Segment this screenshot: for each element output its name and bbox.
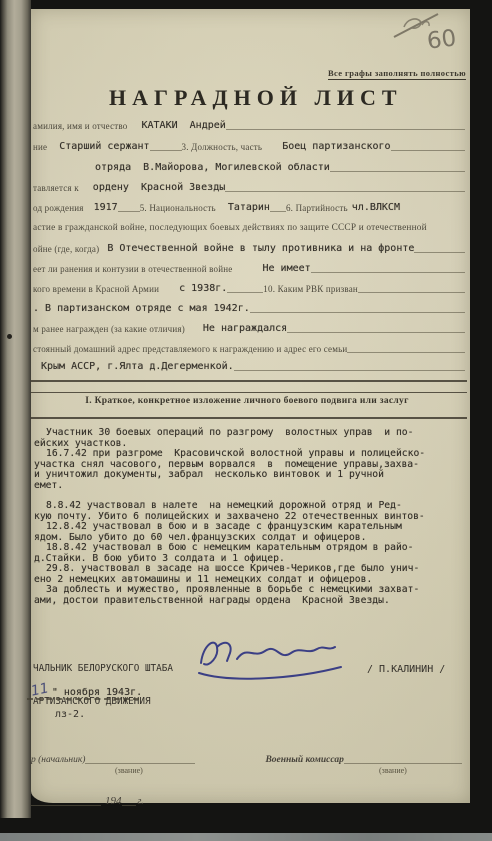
party-value: чл.ВЛКСМ <box>352 202 400 213</box>
form-row-war-participation: астие в гражданской войне, последующих б… <box>33 218 465 233</box>
position-value: Боец партизанского <box>282 141 390 152</box>
paper-speck <box>7 334 12 339</box>
unit-value: отряда В.Майорова, Могилевской области <box>95 162 330 173</box>
form-row-partisan-since: . В партизанском отряде с мая 1942г. <box>33 299 465 314</box>
body-line: 29.8. участвовал в засаде на шоссе Криче… <box>34 564 468 575</box>
army-since-value: с 1938г. <box>179 283 227 294</box>
wounds-label: еет ли ранения и контузии в отечественно… <box>33 264 232 274</box>
form-row-wounds: еет ли ранения и контузии в отечественно… <box>33 259 465 274</box>
body-line: 8.8.42 участвовал в налете на немецкий д… <box>34 501 468 512</box>
commissar-label: Военный комиссар <box>265 755 343 765</box>
body-line: 12.8.42 участвовал в бою и в засаде с фр… <box>34 522 468 533</box>
combat-record-text: Участник 30 боевых операций по разгрому … <box>34 428 468 606</box>
commander-label: р (начальник) <box>31 755 85 765</box>
previous-awards-value: Не награждался <box>203 323 287 334</box>
form-row-address-label: стоянный домашний адрес представляемого … <box>33 339 465 354</box>
war-participation-label: астие в гражданской войне, последующих б… <box>33 223 427 233</box>
field-line <box>311 272 465 273</box>
field-line <box>391 150 465 151</box>
field-line <box>31 805 101 806</box>
award-sheet-document: 60 Все графы заполнять полностью НАГРАДН… <box>31 9 470 803</box>
dashed-underline <box>27 698 139 700</box>
body-line: емет. <box>34 481 468 492</box>
birth-label: од рождения <box>33 203 84 213</box>
form-row-army-service: кого времени в Красной Армии с 1938г. 10… <box>33 279 465 294</box>
wounds-value: Не имеет <box>262 263 310 274</box>
form-row-birth-nationality-party: од рождения 1917 5. Национальность Татар… <box>33 198 465 213</box>
year-suffix: г. <box>138 796 144 807</box>
section1-heading: I. Краткое, конкретное изложение личного… <box>37 396 457 406</box>
field-line <box>414 252 465 253</box>
field-line <box>118 211 140 212</box>
date-text: " ноября 1943г. <box>52 687 142 698</box>
field-line <box>234 370 465 371</box>
ink-signature <box>191 627 361 687</box>
separator-line <box>31 417 467 419</box>
partisan-since-value: . В партизанском отряде с мая 1942г. <box>33 303 250 314</box>
nationality-value: Татарин <box>228 202 270 213</box>
document-title: НАГРАДНОЙ ЛИСТ <box>109 85 359 111</box>
document-code: лз-2. <box>55 709 85 720</box>
field-line <box>227 292 263 293</box>
army-since-label: кого времени в Красной Армии <box>33 284 159 294</box>
party-label: 6. Партийность <box>286 203 348 213</box>
form-row-war-where: ойне (где, когда) В Отечественной войне … <box>33 239 465 254</box>
previous-awards-label: м ранее награжден (за какие отличия) <box>33 324 185 334</box>
year-row: 194 г. <box>31 793 144 807</box>
scanner-edge-strip <box>0 833 492 841</box>
rank-hint-left: (звание) <box>115 766 143 775</box>
form-row-address-value: Крым АССР, г.Ялта д.Дегерменкой. <box>33 357 465 372</box>
body-line: ами, достои правительственной награды ор… <box>34 596 468 607</box>
body-line: 18.8.42 участвовал в бою с немецким кара… <box>34 543 468 554</box>
body-line: 16.7.42 при разгроме Красовичской волост… <box>34 449 468 460</box>
body-line: За доблесть и мужество, проявленные в бо… <box>34 585 468 596</box>
position-label: 3. Должность, часть <box>182 142 263 152</box>
field-line <box>287 332 465 333</box>
form-row-rank-position: ние Старший сержант 3. Должность, часть … <box>33 137 465 152</box>
field-line <box>122 805 136 806</box>
date-line: 11 " ноября 1943г. <box>31 683 142 698</box>
field-line <box>358 292 465 293</box>
book-gutter-edge <box>0 0 31 818</box>
rank-hint-right: (звание) <box>379 766 407 775</box>
handwritten-page-number: 60 <box>425 25 457 54</box>
nationality-label: 5. Национальность <box>140 203 216 213</box>
officer-title-line1: ЧАЛЬНИК БЕЛОРУСКОГО ШТАБА <box>33 663 173 674</box>
field-line <box>347 352 465 353</box>
form-row-previous-awards: м ранее награжден (за какие отличия) Не … <box>33 319 465 334</box>
field-line <box>344 763 462 764</box>
form-row-unit: отряда В.Майорова, Могилевской области <box>33 158 465 173</box>
handwritten-day: 11 <box>30 680 51 699</box>
year-prefix: 194 <box>105 795 122 807</box>
field-line <box>85 763 195 764</box>
field-line <box>225 191 465 192</box>
body-line: и уничтожил документы, забрал несколько … <box>34 470 468 481</box>
address-label: стоянный домашний адрес представляемого … <box>33 344 347 354</box>
address-value: Крым АССР, г.Ялта д.Дегерменкой. <box>41 361 234 372</box>
field-line <box>150 150 182 151</box>
separator-line <box>31 380 467 382</box>
field-line <box>250 312 465 313</box>
field-line <box>226 129 465 130</box>
body-line: Участник 30 боевых операций по разгрому … <box>34 428 468 439</box>
war-where-value: В Отечественной войне в тылу противника … <box>107 243 414 254</box>
name-label: амилия, имя и отчество <box>33 121 128 131</box>
birth-value: 1917 <box>94 202 118 213</box>
award-label: тавляется к <box>33 183 79 193</box>
rank-value: Старший сержант <box>59 141 149 152</box>
form-row-name: амилия, имя и отчество КАТАКИ Андрей <box>33 116 465 131</box>
name-value: КАТАКИ Андрей <box>142 120 226 131</box>
rvk-label: 10. Каким РВК призван <box>263 284 358 294</box>
form-row-award: тавляется к ордену Красной Звезды <box>33 178 465 193</box>
separator-line <box>31 392 467 393</box>
footer-signature-row: р (начальник) Военный комиссар <box>31 750 462 765</box>
signer-name: / П.КАЛИНИН / <box>367 664 445 675</box>
award-value: ордену Красной Звезды <box>93 182 225 193</box>
field-line <box>330 171 465 172</box>
field-line <box>270 211 286 212</box>
rank-label: ние <box>33 142 47 152</box>
fill-instruction-note: Все графы заполнять полностью <box>328 68 466 80</box>
war-where-label: ойне (где, когда) <box>33 244 99 254</box>
